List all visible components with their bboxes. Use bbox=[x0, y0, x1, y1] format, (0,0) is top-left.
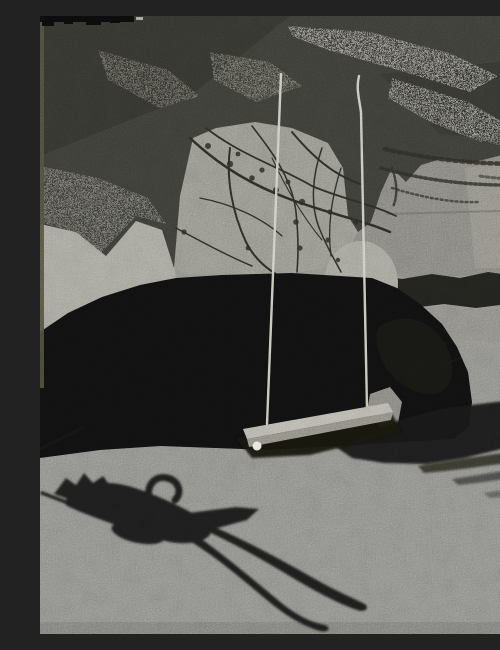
photograph-swing-shadow bbox=[40, 16, 500, 634]
photo-canvas bbox=[40, 16, 500, 634]
tonal-blotch-overlay bbox=[40, 16, 500, 634]
